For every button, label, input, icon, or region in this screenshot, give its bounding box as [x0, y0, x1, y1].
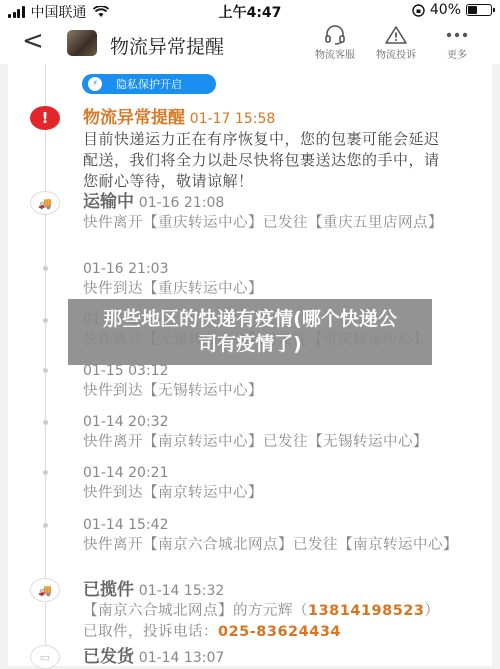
battery-percent: 40% — [430, 2, 461, 18]
entry-title: 物流异常提醒 — [83, 108, 185, 128]
entry-text: 【南京六合城北网点】的方元辉（ — [83, 603, 308, 619]
entry-text: 快件离开【重庆转运中心】已发往【重庆五里店网点】 — [83, 213, 453, 234]
package-icon: ▭ — [30, 645, 60, 666]
entry-time: 01-17 15:58 — [190, 111, 275, 127]
complaint-phone-link[interactable]: 025-83624434 — [218, 624, 341, 640]
entry-text: 快件离开【南京六合城北网点】已发往【南京转运中心】 — [83, 535, 453, 556]
logistics-service-button[interactable]: 物流客服 — [307, 24, 363, 61]
entry-time: 01-14 15:42 — [83, 515, 453, 535]
entry-title: 已揽件 — [83, 580, 134, 600]
more-dots-icon — [446, 32, 468, 38]
entry-time: 01-14 20:32 — [83, 412, 453, 432]
headset-icon — [324, 25, 346, 45]
logistics-complaint-label: 物流投诉 — [368, 46, 424, 61]
timeline-entry: 01-14 15:42 快件离开【南京六合城北网点】已发往【南京转运中心】 — [83, 515, 453, 556]
timeline-dot — [43, 266, 48, 271]
timeline-entry: 01-14 20:21 快件到达【南京转运中心】 — [83, 463, 453, 504]
caption-line-2: 司有疫情了) — [198, 332, 302, 357]
timeline-dot — [43, 318, 48, 323]
entry-time: 01-16 21:03 — [83, 259, 453, 279]
nav-bar: < 物流异常提醒 物流客服 物流投诉 更多 — [0, 22, 500, 64]
back-button[interactable]: < — [22, 28, 44, 54]
privacy-protection-badge[interactable]: ⚡ 隐私保护开启 — [82, 74, 216, 94]
timeline-dot — [43, 523, 48, 528]
timeline-entry-alert: 物流异常提醒 01-17 15:58 目前快递运力正在有序恢复中，您的包裹可能会… — [83, 108, 453, 192]
status-bar: 中国联通 上午4:47 40% — [0, 0, 500, 22]
timeline-line — [45, 64, 46, 666]
entry-text: 快件到达【重庆转运中心】 — [83, 279, 453, 300]
entry-text: 快件离开【南京转运中心】已发往【无锡转运中心】 — [83, 432, 453, 453]
entry-title: 运输中 — [83, 192, 134, 212]
truck-icon: 🚚 — [30, 191, 60, 215]
entry-text: 目前快递运力正在有序恢复中，您的包裹可能会延迟配送，我们将全力以赴尽快将包裹送达… — [83, 129, 453, 192]
entry-time: 01-14 13:07 — [139, 650, 224, 666]
entry-text: 快件到达【无锡转运中心】 — [83, 381, 453, 402]
entry-title: 已发货 — [83, 647, 134, 666]
timeline-dot — [43, 368, 48, 373]
avatar[interactable] — [67, 30, 97, 56]
timeline-entry: 已发货 01-14 13:07 — [83, 647, 453, 666]
rotation-lock-icon — [412, 4, 425, 17]
entry-time: 01-16 21:08 — [139, 195, 224, 211]
warning-triangle-icon — [384, 25, 408, 45]
logistics-service-label: 物流客服 — [307, 46, 363, 61]
chevron-left-icon: < — [22, 26, 44, 56]
timeline-entry: 已揽件 01-14 15:32 【南京六合城北网点】的方元辉（138141985… — [83, 580, 453, 643]
shield-lightning-icon: ⚡ — [88, 77, 102, 91]
truck-icon: 🚚 — [30, 578, 60, 602]
caption-overlay: 那些地区的快递有疫情(哪个快递公 司有疫情了) — [68, 299, 432, 365]
logistics-complaint-button[interactable]: 物流投诉 — [368, 24, 424, 61]
entry-time: 01-14 20:21 — [83, 463, 453, 483]
timeline-dot — [43, 470, 48, 475]
alert-icon: ! — [30, 106, 60, 130]
more-label: 更多 — [429, 46, 485, 61]
timeline-entry: 01-14 20:32 快件离开【南京转运中心】已发往【无锡转运中心】 — [83, 412, 453, 453]
entry-text: 快件到达【南京转运中心】 — [83, 483, 453, 504]
privacy-label: 隐私保护开启 — [116, 76, 182, 92]
timeline-entry: 01-15 03:12 快件到达【无锡转运中心】 — [83, 361, 453, 402]
more-button[interactable]: 更多 — [429, 24, 485, 61]
battery-icon — [466, 4, 492, 16]
page-title: 物流异常提醒 — [110, 32, 224, 59]
entry-time: 01-14 15:32 — [139, 583, 224, 599]
courier-phone-link[interactable]: 13814198523 — [308, 603, 424, 619]
caption-line-1: 那些地区的快递有疫情(哪个快递公 — [103, 307, 397, 332]
timeline-entry: 01-16 21:03 快件到达【重庆转运中心】 — [83, 259, 453, 300]
timeline-entry: 运输中 01-16 21:08 快件离开【重庆转运中心】已发往【重庆五里店网点】 — [83, 192, 453, 234]
timeline-dot — [43, 420, 48, 425]
